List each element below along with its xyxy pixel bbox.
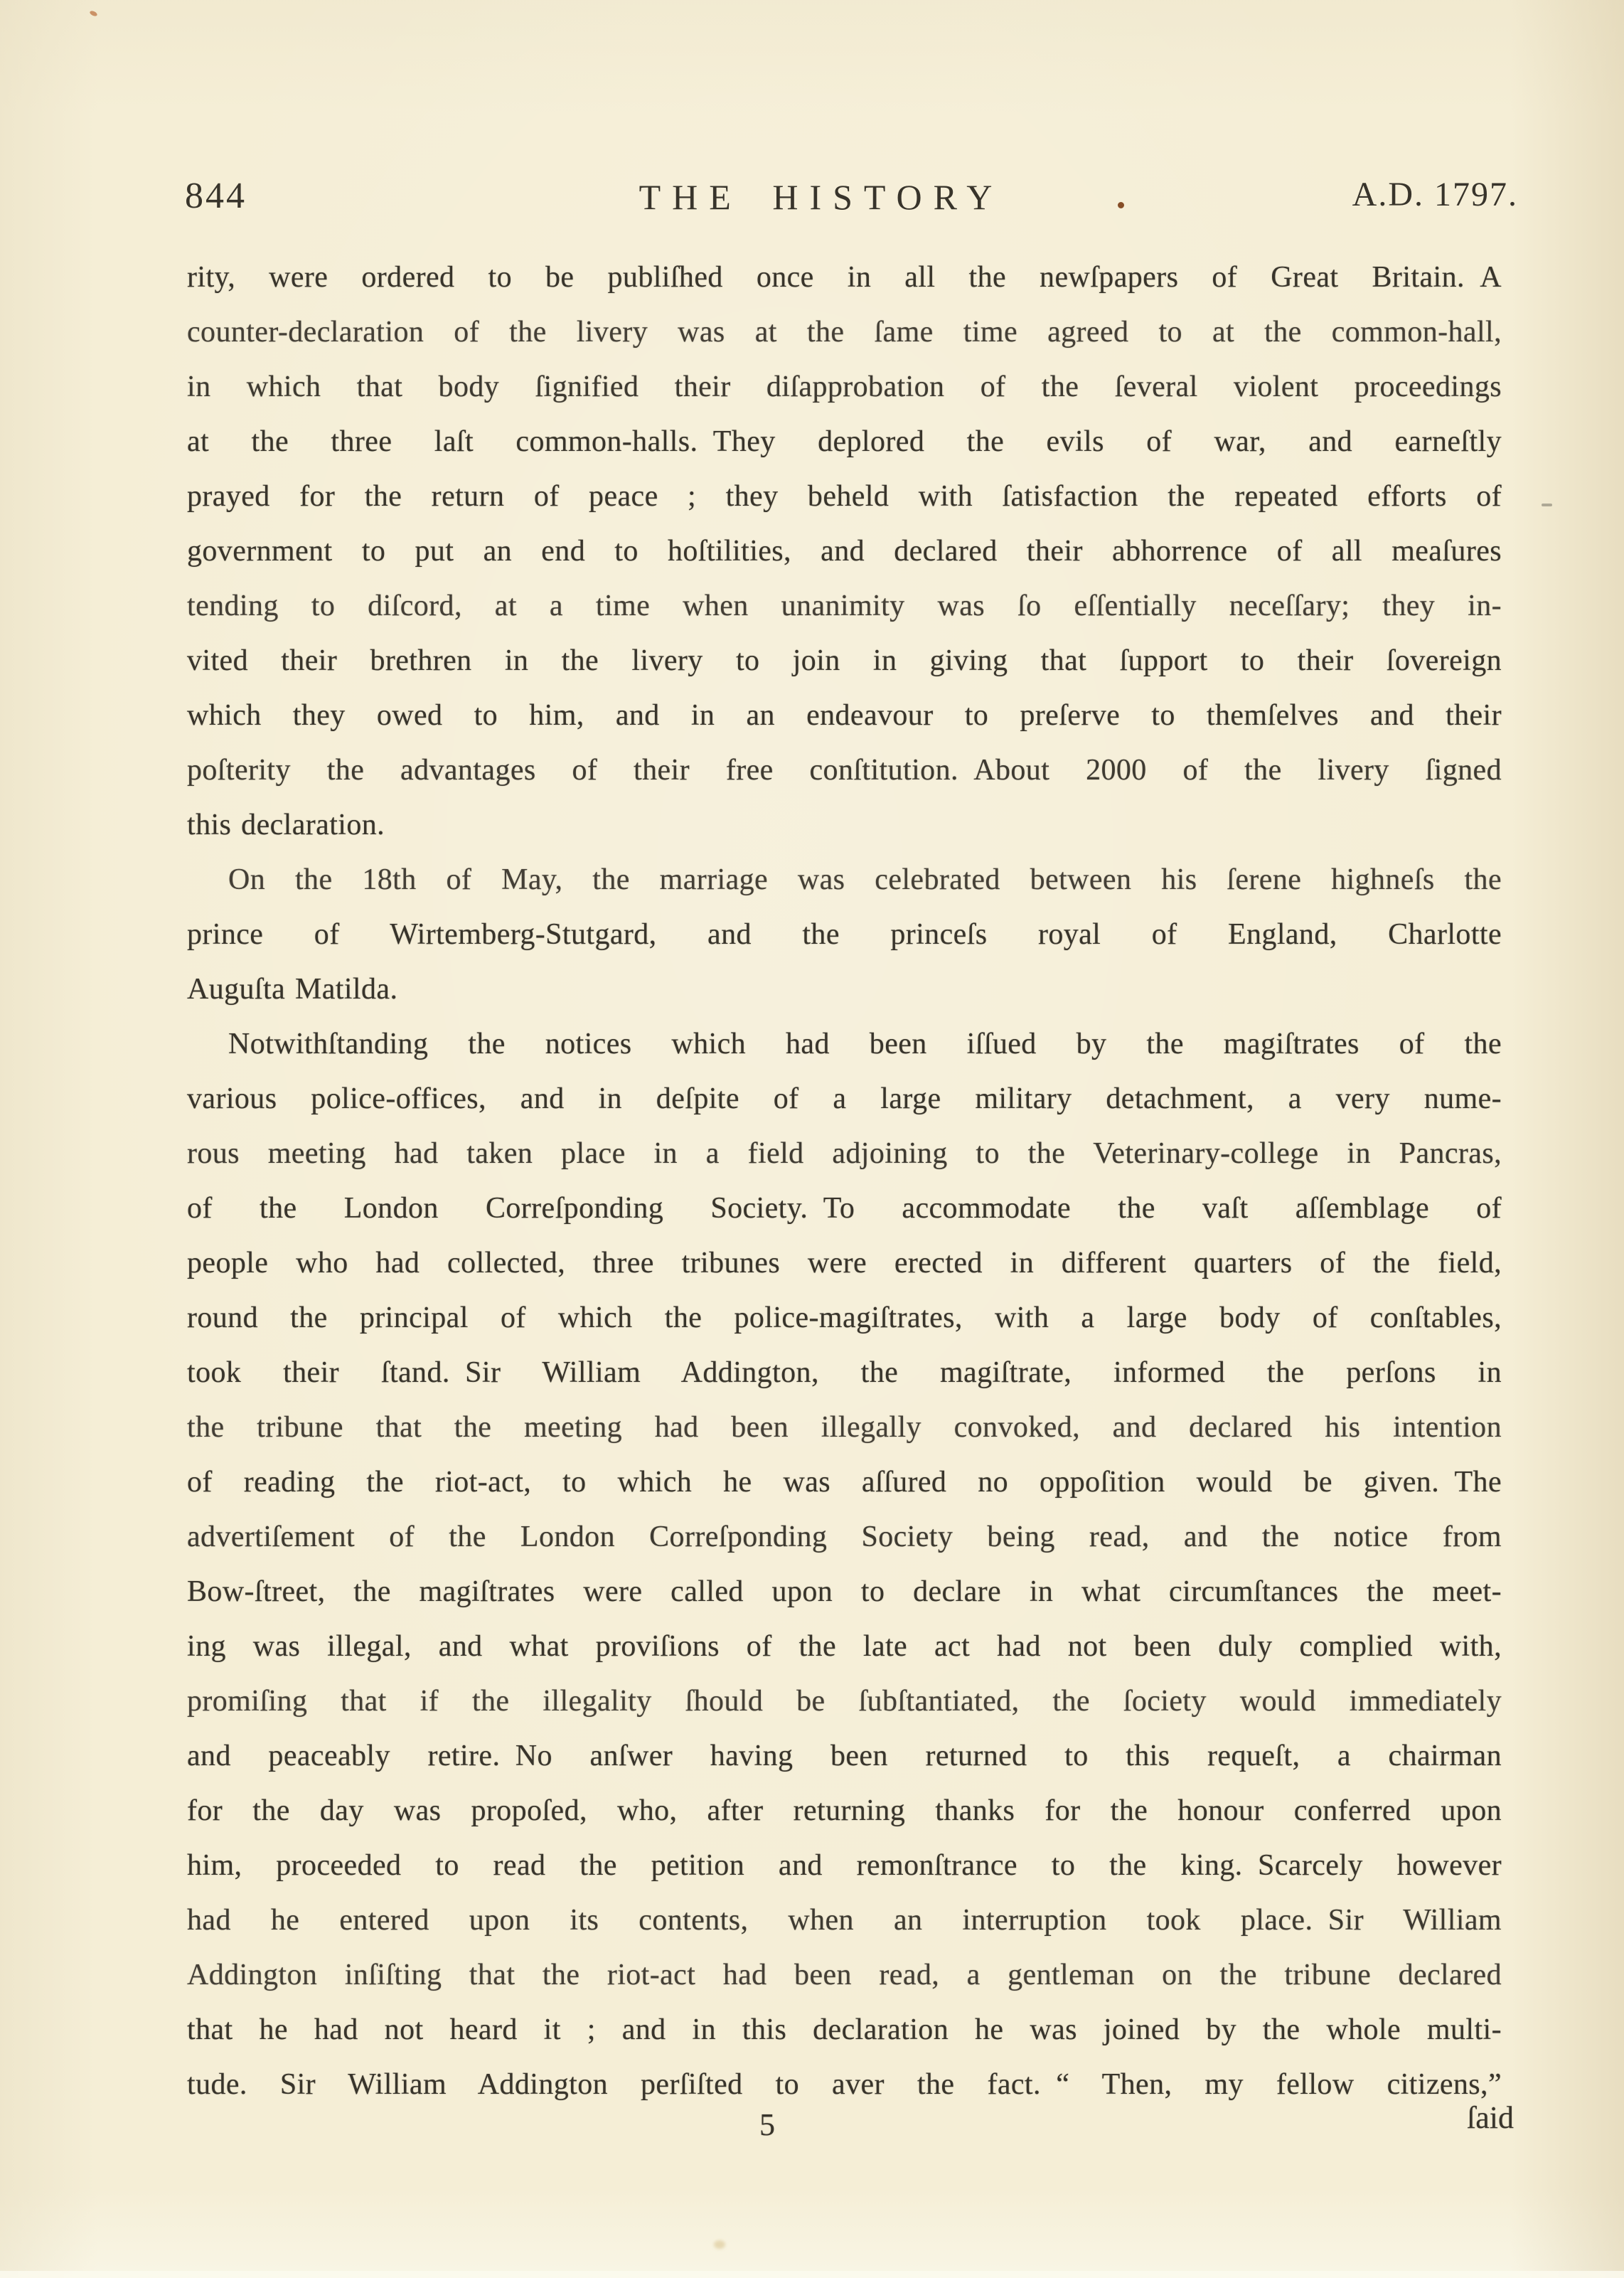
text-line: advertiſement of the London Correſpondin… [187,1510,1502,1565]
paper-speck [1542,504,1552,506]
paper-speck [89,10,98,17]
text-line: round the principal of which the police-… [187,1291,1502,1346]
text-line: the tribune that the meeting had been il… [187,1400,1502,1455]
text-line: took their ſtand. Sir William Addington,… [187,1346,1502,1400]
text-line: had he entered upon its contents, when a… [187,1893,1502,1948]
text-line: people who had collected, three tribunes… [187,1236,1502,1291]
signature-mark: 5 [759,2107,775,2143]
text-line: various police-offices, and in deſpite o… [187,1072,1502,1127]
text-line: prayed for the return of peace ; they be… [187,469,1502,524]
text-line: Addington inſiſting that the riot-act ha… [187,1948,1502,2003]
book-page-scan: 844 THE HISTORY A.D. 1797. rity, were or… [0,0,1624,2278]
text-line: tending to diſcord, at a time when unani… [187,579,1502,634]
paper-speck [1118,202,1124,208]
page-number: 844 [185,175,247,217]
text-line: ing was illegal, and what proviſions of … [187,1619,1502,1674]
text-line: at the three laſt common-halls. They dep… [187,415,1502,469]
text-line: government to put an end to hoſtilities,… [187,524,1502,579]
paper-speck [714,2240,725,2249]
text-line: promiſing that if the illegality ſhould … [187,1674,1502,1729]
text-line-paragraph-start: On the 18th of May, the marriage was cel… [187,853,1502,908]
text-line: poſterity the advantages of their free c… [187,743,1502,798]
text-line: and peaceably retire. No anſwer having b… [187,1729,1502,1784]
text-line-paragraph-start: Notwithſtanding the notices which had be… [187,1017,1502,1072]
text-line: in which that body ſignified their diſap… [187,360,1502,415]
text-line: which they owed to him, and in an endeav… [187,688,1502,743]
running-title: THE HISTORY [639,176,1004,218]
scan-edge [0,2271,1624,2278]
text-line-paragraph-end: Auguſta Matilda. [187,962,1502,1017]
catchword: ſaid [1467,2099,1514,2136]
text-line: for the day was propoſed, who, after ret… [187,1784,1502,1838]
text-line: of the London Correſponding Society. To … [187,1181,1502,1236]
text-line: of reading the riot-act, to which he was… [187,1455,1502,1510]
text-line: him, proceeded to read the petition and … [187,1838,1502,1893]
text-line: tude. Sir William Addington perſiſted to… [187,2058,1502,2112]
text-line: prince of Wirtemberg-Stutgard, and the p… [187,908,1502,962]
text-line: vited their brethren in the livery to jo… [187,634,1502,688]
text-line: rous meeting had taken place in a field … [187,1127,1502,1181]
text-line: counter-declaration of the livery was at… [187,305,1502,360]
text-line: rity, were ordered to be publiſhed once … [187,250,1502,305]
text-line: that he had not heard it ; and in this d… [187,2003,1502,2058]
text-line-paragraph-end: this declaration. [187,798,1502,853]
header-date: A.D. 1797. [1352,175,1518,214]
body-text-block: rity, were ordered to be publiſhed once … [187,250,1502,2112]
text-line: Bow-ſtreet, the magiſtrates were called … [187,1565,1502,1619]
